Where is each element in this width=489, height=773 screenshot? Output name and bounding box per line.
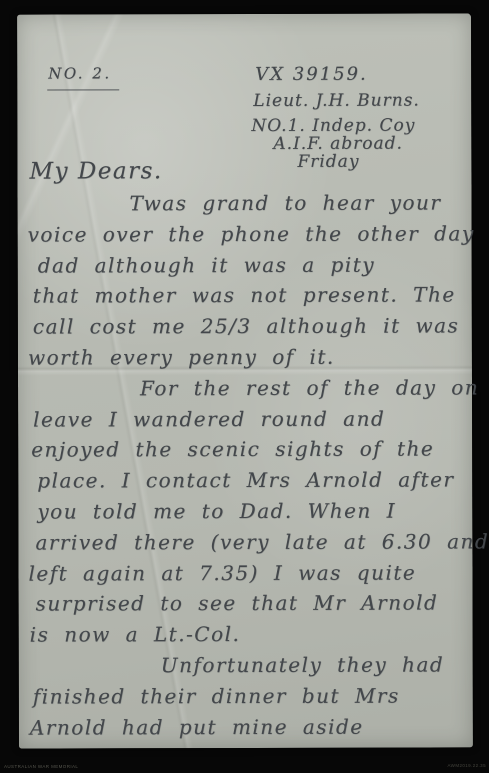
handwritten-line: left again at 7.35) I was quite — [28, 557, 470, 589]
service-number: VX 39159. — [255, 64, 368, 85]
page-number-text: NO. 2. — [47, 64, 119, 90]
handwritten-line: place. I contact Mrs Arnold after — [28, 465, 470, 497]
page-number: NO. 2. — [47, 64, 119, 90]
handwritten-line: Unfortunately they had — [29, 649, 471, 681]
handwritten-line: worth every penny of it. — [28, 341, 470, 373]
letter-page: NO. 2. VX 39159. Lieut. J.H. Burns. NO.1… — [17, 13, 473, 748]
handwritten-line: is now a Lt.-Col. — [29, 619, 471, 651]
handwritten-line: call cost me 25/3 although it was — [28, 311, 470, 343]
handwritten-line: enjoyed the scenic sights of the — [28, 434, 470, 466]
handwritten-line: finished their dinner but Mrs — [29, 680, 471, 712]
handwritten-line: dad although it was a pity — [28, 249, 470, 281]
salutation: My Dears. — [29, 158, 162, 184]
handwritten-line: For the rest of the day on — [28, 372, 470, 404]
handwritten-line: Twas grand to hear your — [27, 187, 469, 219]
handwritten-line: that mother was not present. The — [28, 280, 470, 312]
handwritten-line: voice over the phone the other day — [28, 218, 470, 250]
scanned-letter-view: NO. 2. VX 39159. Lieut. J.H. Burns. NO.1… — [0, 0, 489, 773]
handwritten-line: surprised to see that Mr Arnold — [29, 588, 471, 620]
sender-name: Lieut. J.H. Burns. — [253, 91, 420, 111]
handwritten-line: you told me to Dad. When I — [28, 495, 470, 527]
archive-attribution-label: AUSTRALIAN WAR MEMORIAL — [4, 764, 78, 769]
handwritten-line: arrived there (very late at 6.30 and — [28, 526, 470, 558]
handwritten-line: leave I wandered round and — [28, 403, 470, 435]
archive-reference-label: AWM2019.22.35 — [447, 763, 486, 768]
handwritten-line: Arnold had put mine aside — [29, 711, 471, 743]
letter-date: Friday — [297, 152, 359, 172]
letter-body: Twas grand to hear your voice over the p… — [27, 187, 470, 742]
